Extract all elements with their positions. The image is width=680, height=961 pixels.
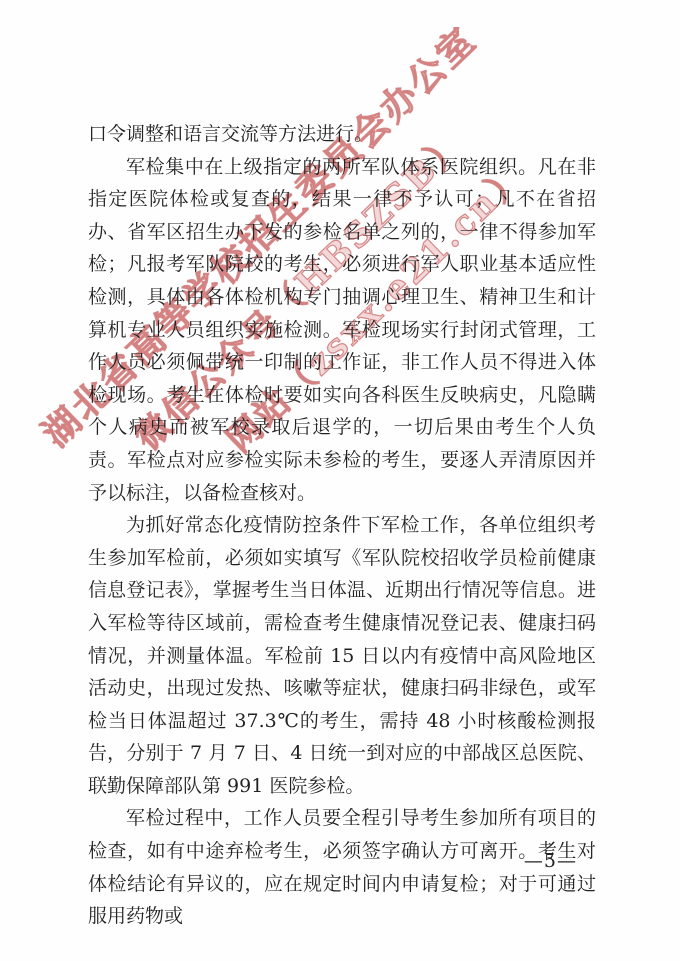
- paragraph: 为抓好常态化疫情防控条件下军检工作，各单位组织考生参加军检前，必须如实填写《军队…: [88, 509, 596, 802]
- page-number: —5—: [524, 850, 577, 872]
- paragraph: 口令调整和语言交流等方法进行。: [88, 118, 596, 151]
- paragraph: 军检集中在上级指定的两所军队体系医院组织。凡在非指定医院体检或复查的，结果一律不…: [88, 151, 596, 510]
- body-text: 口令调整和语言交流等方法进行。 军检集中在上级指定的两所军队体系医院组织。凡在非…: [88, 118, 596, 933]
- paragraph: 军检过程中，工作人员要全程引导考生参加所有项目的检查，如有中途弃检考生，必须签字…: [88, 802, 596, 932]
- document-page: 湖北省高等学校招生委员会办公室 微信公众号（HBSZSB） 网站（zsxx.e2…: [0, 0, 680, 961]
